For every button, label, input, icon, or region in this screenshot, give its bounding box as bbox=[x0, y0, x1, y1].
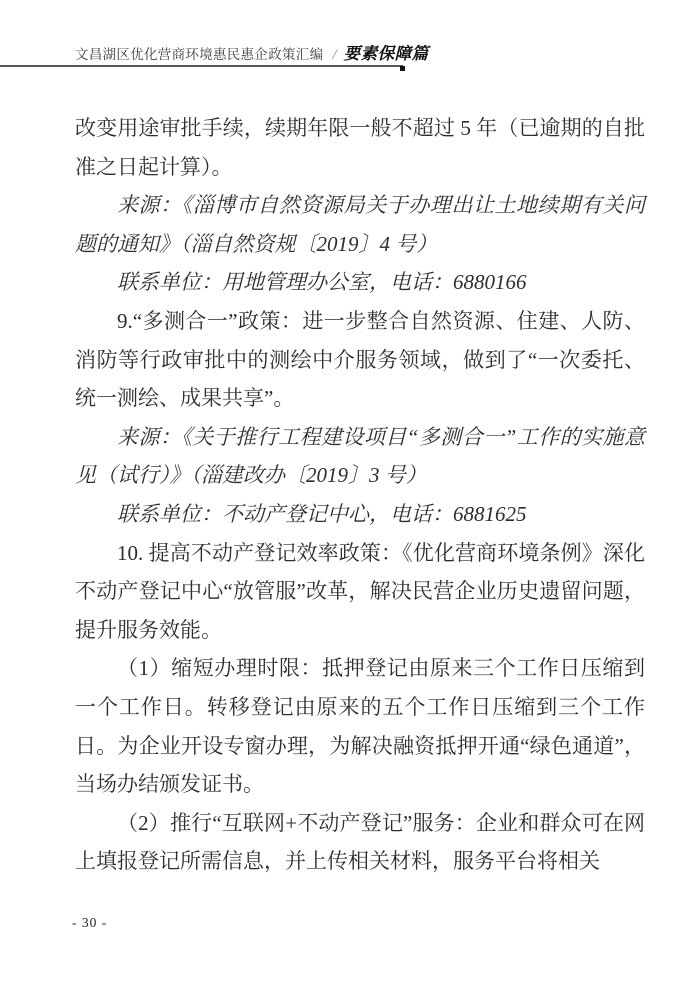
page-number: - 30 - bbox=[72, 915, 107, 930]
paragraph: （2）推行“互联网+不动产登记”服务：企业和群众可在网上填报登记所需信息，并上传… bbox=[75, 804, 645, 881]
document-page: 文昌湖区优化营商环境惠民惠企政策汇编/要素保障篇 改变用途审批手续，续期年限一般… bbox=[0, 0, 699, 983]
section-title: 要素保障篇 bbox=[344, 44, 429, 63]
header-separator: / bbox=[332, 47, 336, 63]
document-body: 改变用途审批手续，续期年限一般不超过 5 年（已逾期的自批准之日起计算）。 来源… bbox=[75, 109, 645, 881]
booklet-title: 文昌湖区优化营商环境惠民惠企政策汇编 bbox=[75, 47, 323, 62]
paragraph: 10. 提高不动产登记效率政策：《优化营商环境条例》深化不动产登记中心“放管服”… bbox=[75, 534, 645, 650]
header-rule-divider bbox=[0, 65, 403, 67]
page-header: 文昌湖区优化营商环境惠民惠企政策汇编/要素保障篇 bbox=[0, 0, 699, 80]
header-rule-end-dot bbox=[400, 66, 405, 71]
paragraph-source: 来源：《关于推行工程建设项目“多测合一”工作的实施意见（试行）》（淄建改办〔20… bbox=[75, 418, 645, 495]
paragraph: （1）缩短办理时限：抵押登记由原来三个工作日压缩到一个工作日。转移登记由原来的五… bbox=[75, 649, 645, 803]
paragraph-contact: 联系单位：用地管理办公室，电话：6880166 bbox=[75, 263, 645, 302]
paragraph: 改变用途审批手续，续期年限一般不超过 5 年（已逾期的自批准之日起计算）。 bbox=[75, 109, 645, 186]
paragraph-source: 来源：《淄博市自然资源局关于办理出让土地续期有关问题的通知》（淄自然资规〔201… bbox=[75, 186, 645, 263]
header-text: 文昌湖区优化营商环境惠民惠企政策汇编/要素保障篇 bbox=[75, 44, 429, 65]
paragraph: 9.“多测合一”政策：进一步整合自然资源、住建、人防、消防等行政审批中的测绘中介… bbox=[75, 302, 645, 418]
page-footer: - 30 - bbox=[72, 915, 107, 931]
paragraph-contact: 联系单位：不动产登记中心，电话：6881625 bbox=[75, 495, 645, 534]
